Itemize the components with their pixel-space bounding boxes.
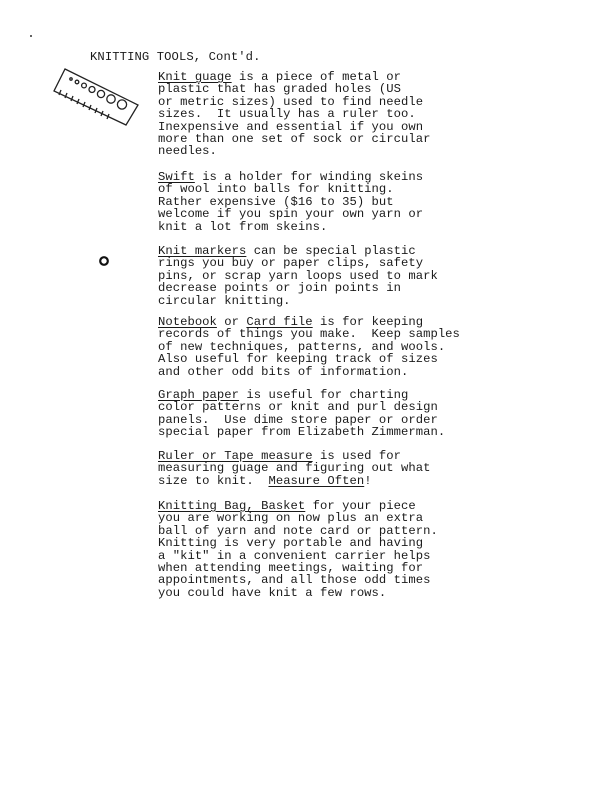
entry-knit-markers: Knit markers can be special plastic ring… <box>158 245 518 307</box>
ring-marker-icon <box>98 255 110 267</box>
entry-notebook: Notebook or Card file is for keeping rec… <box>158 316 518 378</box>
entry-swift: Swift is a holder for winding skeins of … <box>158 171 518 233</box>
stray-mark <box>30 35 32 37</box>
page-title: KNITTING TOOLS, Cont'd. <box>90 50 261 64</box>
emphasis: Measure Often <box>268 474 364 488</box>
entry-ruler: Ruler or Tape measure is used for measur… <box>158 450 518 487</box>
entry-knitting-bag: Knitting Bag, Basket for your piece you … <box>158 500 518 599</box>
knit-gauge-icon <box>50 65 140 127</box>
entry-graph-paper: Graph paper is useful for charting color… <box>158 389 518 439</box>
entry-knit-gauge: Knit guage is a piece of metal or plasti… <box>158 71 518 158</box>
